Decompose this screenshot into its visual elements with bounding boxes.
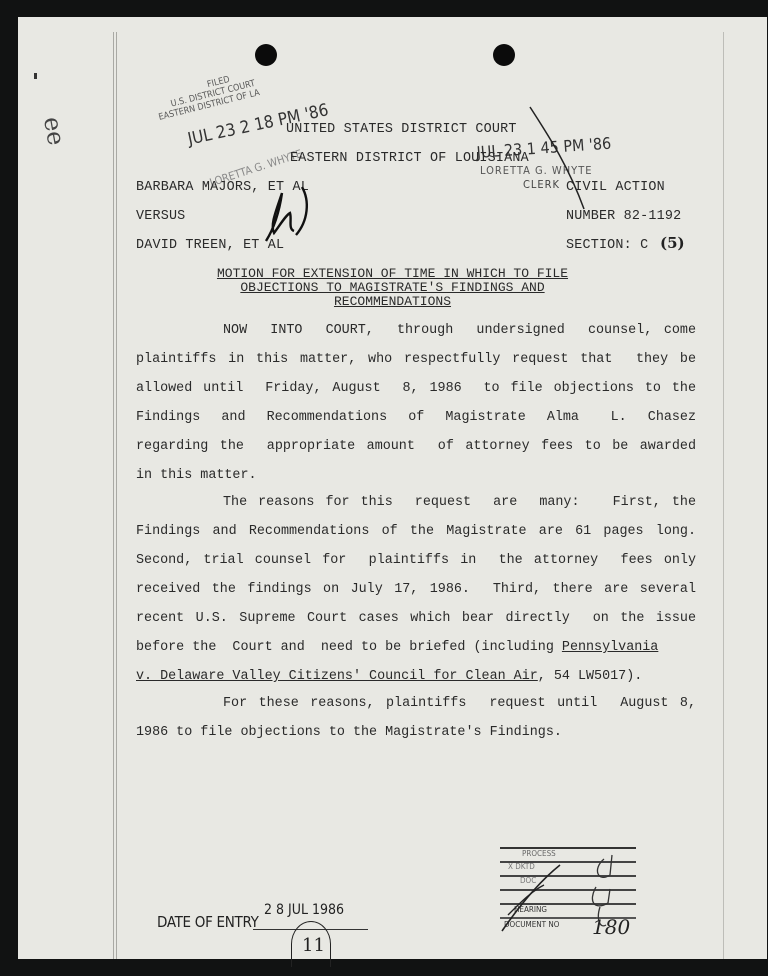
- margin-rule-left: [113, 32, 114, 959]
- motion-title-line2: OBJECTIONS TO MAGISTRATE'S FINDINGS AND: [18, 281, 767, 295]
- body-p1-line1: NOW INTO COURT, through undersigned coun…: [223, 323, 696, 338]
- body-p2-line5: recent U.S. Supreme Court cases which be…: [136, 611, 696, 626]
- body-p3-line1: For these reasons, plaintiffs request un…: [223, 696, 696, 711]
- margin-mark: [34, 73, 37, 79]
- punch-hole-left: [255, 44, 277, 66]
- margin-rule-right: [723, 32, 724, 959]
- entry-number: 11: [302, 935, 325, 956]
- court-district: EASTERN DISTRICT OF LOUISIANA: [290, 151, 529, 166]
- versus-label: VERSUS: [136, 209, 185, 224]
- initials-signature: [246, 185, 316, 247]
- case-section: SECTION: C: [566, 238, 648, 253]
- margin-rule-left-inner: [116, 32, 117, 959]
- body-p2-line1: The reasons for this request are many: F…: [223, 495, 696, 510]
- body-p1-line3: allowed until Friday, August 8, 1986 to …: [136, 381, 696, 396]
- body-p1-line4: Findings and Recommendations of Magistra…: [136, 410, 696, 425]
- document-page: ee FILED U.S. DISTRICT COURT EASTERN DIS…: [18, 17, 767, 959]
- motion-title-line3: RECOMMENDATIONS: [18, 295, 767, 309]
- body-p2-line7: v. Delaware Valley Citizens' Council for…: [136, 669, 696, 684]
- body-p2-line6: before the Court and need to be briefed …: [136, 640, 696, 655]
- date-of-entry-value: 2 8 JUL 1986: [264, 902, 344, 918]
- case-number: NUMBER 82-1192: [566, 209, 681, 224]
- motion-title-line1: MOTION FOR EXTENSION OF TIME IN WHICH TO…: [18, 267, 767, 281]
- body-p2-line3: Second, trial counsel for plaintiffs in …: [136, 553, 696, 568]
- document-number: 180: [592, 915, 630, 939]
- case-citation-part2: v. Delaware Valley Citizens' Council for…: [136, 669, 538, 684]
- body-p2-line2: Findings and Recommendations of the Magi…: [136, 524, 696, 539]
- body-p1-line5: regarding the appropriate amount of atto…: [136, 439, 696, 454]
- margin-handwriting: ee: [38, 115, 71, 148]
- body-p2-line4: received the findings on July 17, 1986. …: [136, 582, 696, 597]
- case-citation-part1: Pennsylvania: [562, 640, 658, 655]
- punch-hole-right: [493, 44, 515, 66]
- body-p1-line2: plaintiffs in this matter, who respectfu…: [136, 352, 696, 367]
- body-p3-line2: 1986 to file objections to the Magistrat…: [136, 725, 696, 740]
- case-type: CIVIL ACTION: [566, 180, 665, 195]
- date-of-entry-label: DATE OF ENTRY: [157, 913, 259, 931]
- section-handwritten: (5): [660, 234, 685, 252]
- stamp-strike-line: [528, 105, 588, 215]
- body-p1-line6: in this matter.: [136, 468, 696, 483]
- court-name: UNITED STATES DISTRICT COURT: [286, 122, 517, 137]
